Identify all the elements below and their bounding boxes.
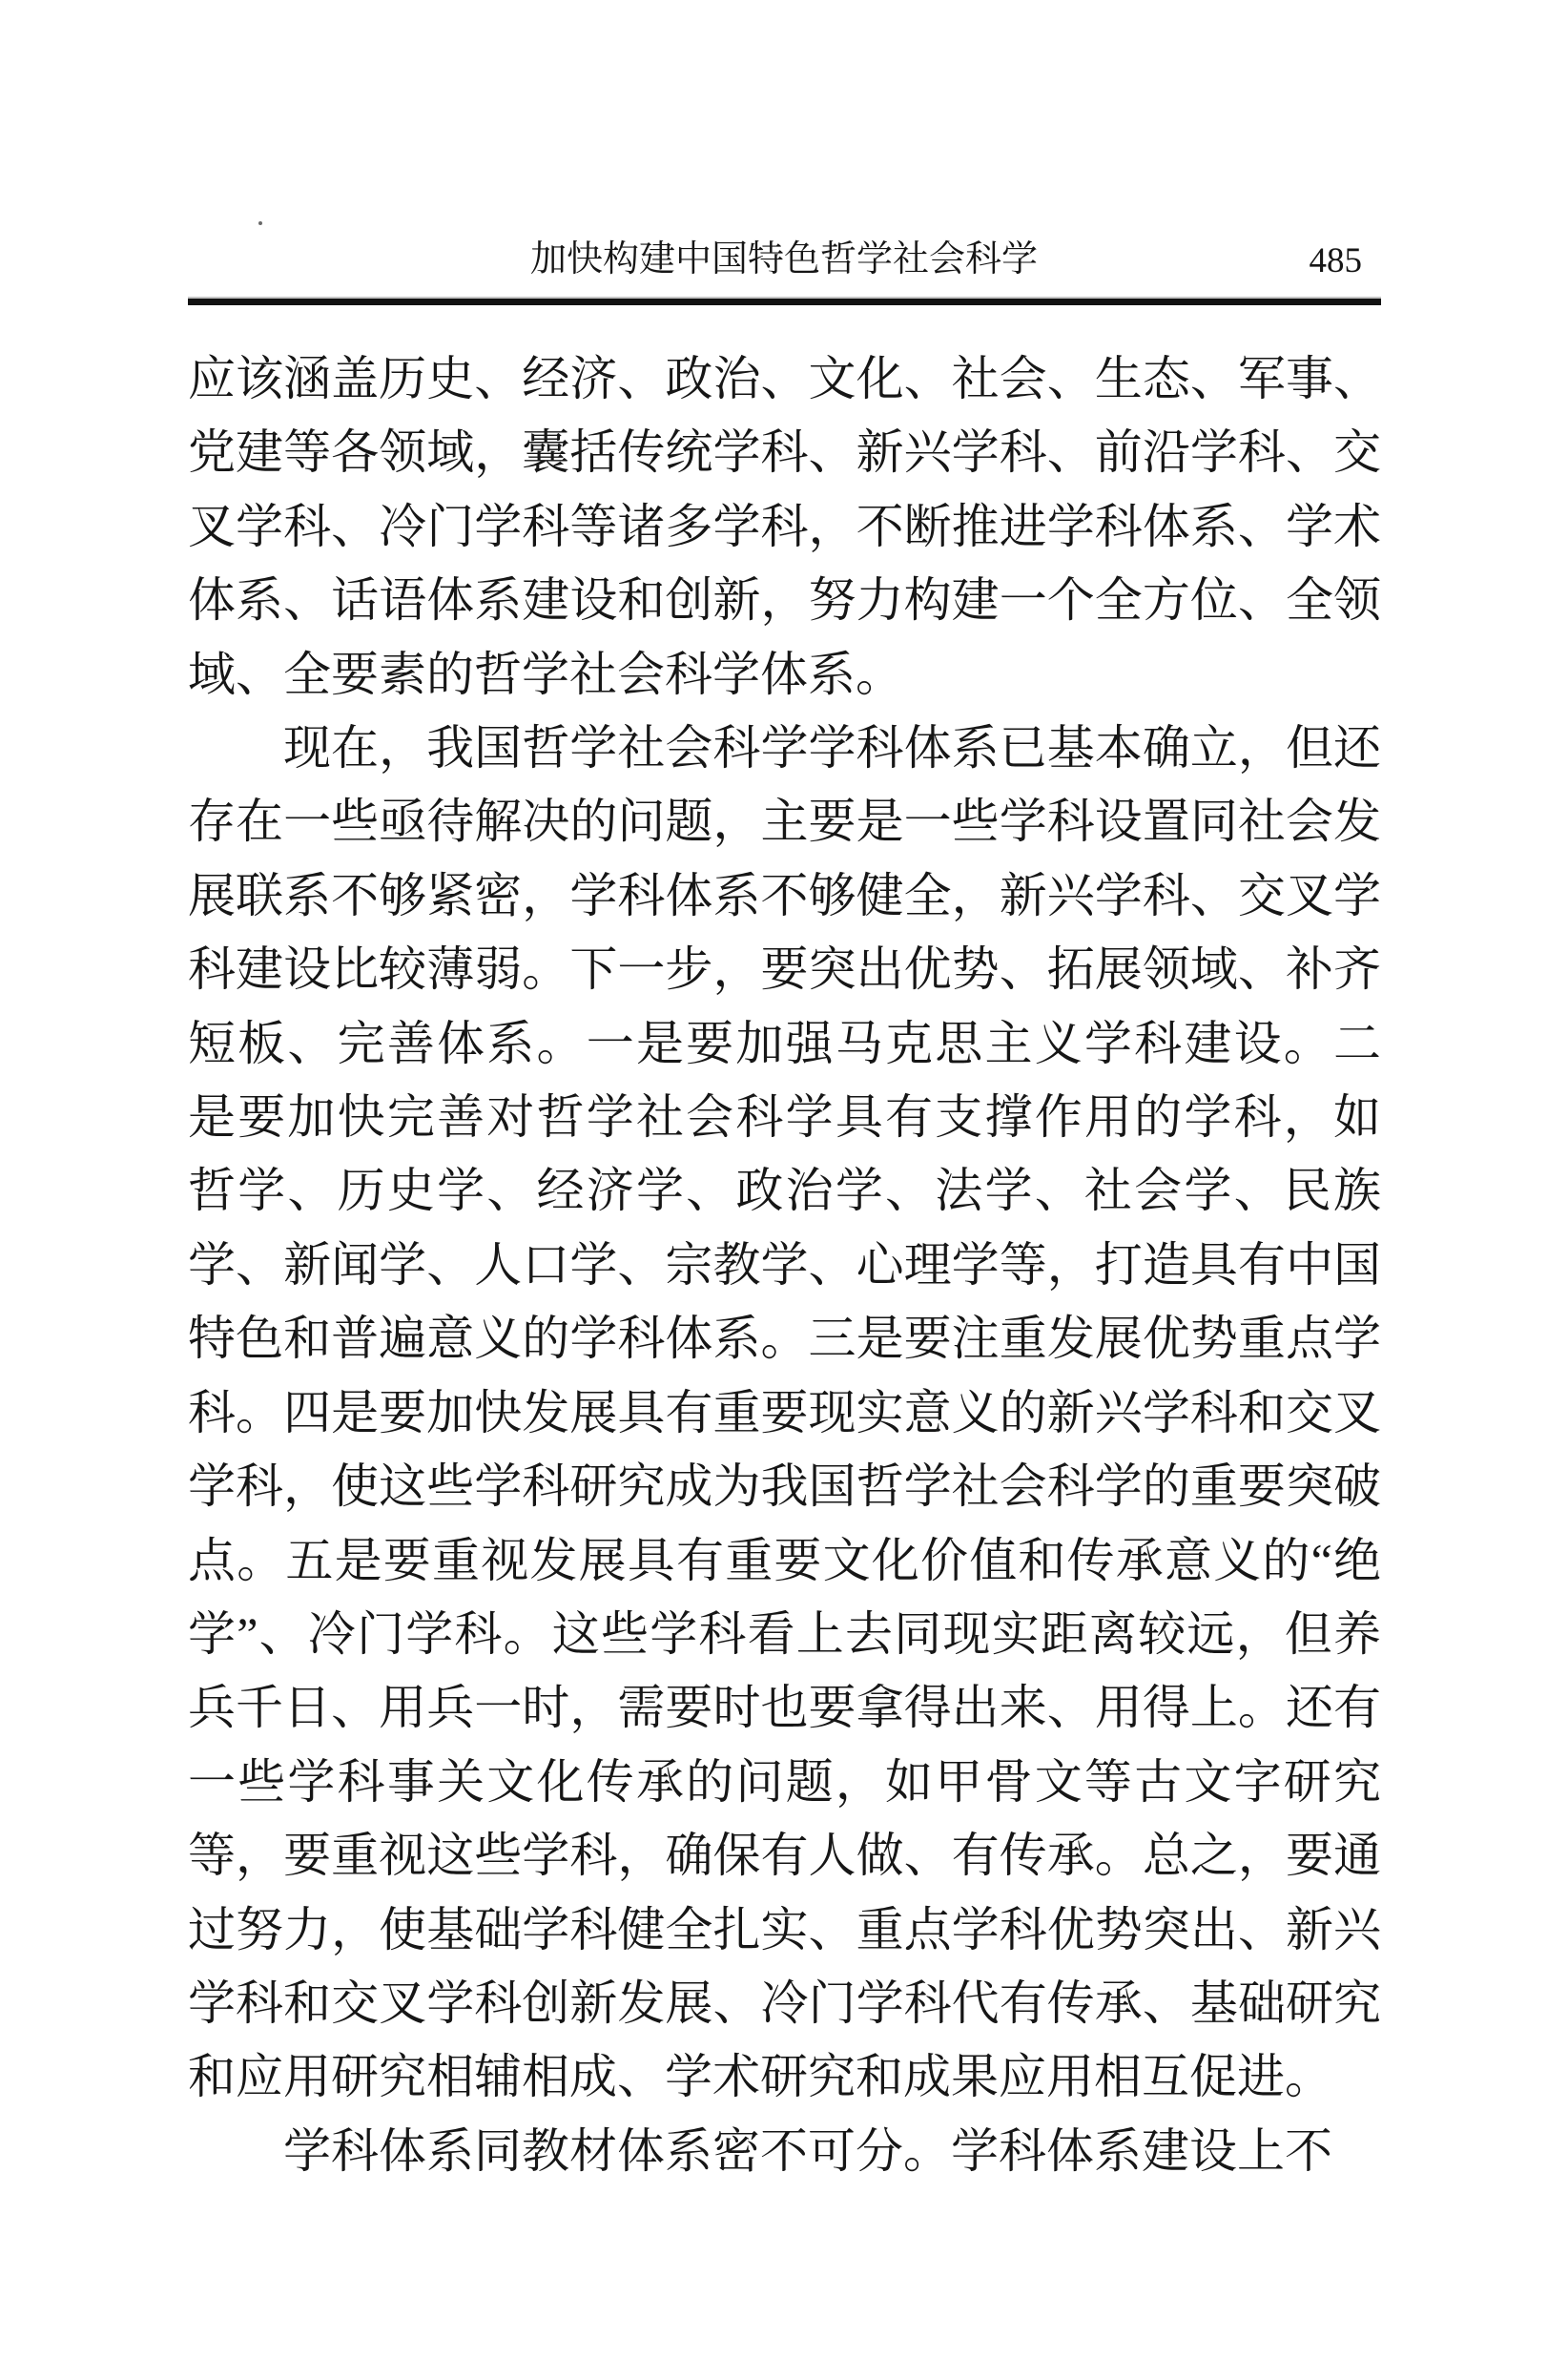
text-line: 哲学、历史学、经济学、政治学、法学、社会学、民族 — [188, 1154, 1381, 1228]
text-line: 域、全要素的哲学社会科学体系。 — [188, 638, 1381, 712]
text-line: 点。五是要重视发展具有重要文化价值和传承意义的“绝 — [188, 1524, 1381, 1598]
page-number: 485 — [1310, 238, 1363, 284]
header-rule — [188, 299, 1381, 305]
text-line: 短板、完善体系。一是要加强马克思主义学科建设。二 — [188, 1007, 1381, 1081]
text-line: 学科体系同教材体系密不可分。学科体系建设上不 — [188, 2115, 1381, 2188]
text-line: 过努力，使基础学科健全扎实、重点学科优势突出、新兴 — [188, 1893, 1381, 1967]
text-line: 学科，使这些学科研究成为我国哲学社会科学的重要突破 — [188, 1450, 1381, 1523]
running-head: 加快构建中国特色哲学社会科学 485 — [0, 237, 1568, 282]
text-line: 和应用研究相辅相成、学术研究和成果应用相互促进。 — [188, 2040, 1381, 2114]
text-line: 等，要重视这些学科，确保有人做、有传承。总之，要通 — [188, 1819, 1381, 1893]
text-line: 存在一些亟待解决的问题，主要是一些学科设置同社会发 — [188, 785, 1381, 859]
body-text: 应该涵盖历史、经济、政治、文化、社会、生态、军事、 党建等各领域，囊括传统学科、… — [188, 342, 1381, 2188]
text-line: 党建等各领域，囊括传统学科、新兴学科、前沿学科、交 — [188, 416, 1381, 489]
text-line: 学、新闻学、人口学、宗教学、心理学等，打造具有中国 — [188, 1229, 1381, 1302]
text-line: 是要加快完善对哲学社会科学具有支撑作用的学科，如 — [188, 1081, 1381, 1154]
text-line: 展联系不够紧密，学科体系不够健全，新兴学科、交叉学 — [188, 859, 1381, 933]
text-line: 特色和普遍意义的学科体系。三是要注重发展优势重点学 — [188, 1302, 1381, 1376]
scan-speck — [258, 221, 262, 225]
text-line: 学科和交叉学科创新发展、冷门学科代有传承、基础研究 — [188, 1967, 1381, 2040]
text-line: 兵千日、用兵一时，需要时也要拿得出来、用得上。还有 — [188, 1671, 1381, 1745]
text-line: 叉学科、冷门学科等诸多学科，不断推进学科体系、学术 — [188, 490, 1381, 564]
text-line: 科。四是要加快发展具有重要现实意义的新兴学科和交叉 — [188, 1376, 1381, 1450]
text-line: 一些学科事关文化传承的问题，如甲骨文等古文字研究 — [188, 1746, 1381, 1819]
text-line: 体系、话语体系建设和创新，努力构建一个全方位、全领 — [188, 564, 1381, 637]
text-line: 现在，我国哲学社会科学学科体系已基本确立，但还 — [188, 712, 1381, 785]
text-line: 科建设比较薄弱。下一步，要突出优势、拓展领域、补齐 — [188, 933, 1381, 1006]
book-page: 加快构建中国特色哲学社会科学 485 应该涵盖历史、经济、政治、文化、社会、生态… — [0, 0, 1568, 2359]
text-line: 应该涵盖历史、经济、政治、文化、社会、生态、军事、 — [188, 342, 1381, 416]
text-line: 学”、冷门学科。这些学科看上去同现实距离较远，但养 — [188, 1598, 1381, 1671]
